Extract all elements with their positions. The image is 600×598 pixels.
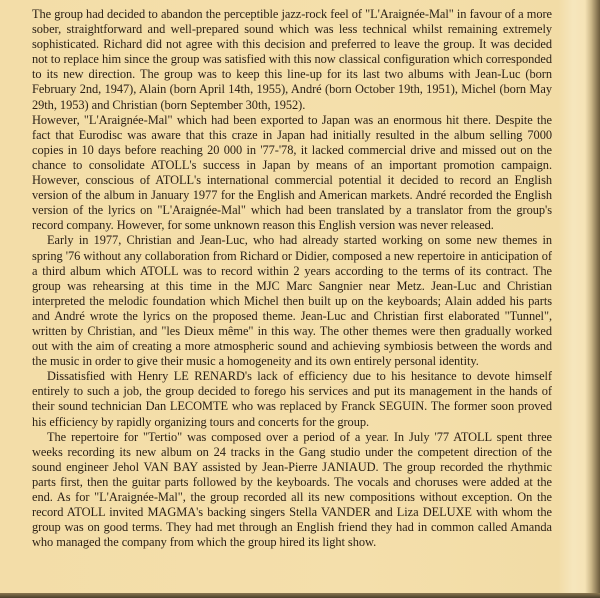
paragraph-new-repertoire: Early in 1977, Christian and Jean-Luc, w… (32, 233, 552, 369)
paragraph-lineup-change: The group had decided to abandon the per… (32, 7, 552, 113)
paragraph-tertio-recording: The repertoire for "Tertio" was composed… (32, 430, 552, 551)
paragraph-japan-success: However, "L'Araignée-Mal" which had been… (32, 113, 552, 234)
paragraph-management: Dissatisfied with Henry LE RENARD's lack… (32, 369, 552, 429)
booklet-page: The group had decided to abandon the per… (0, 0, 600, 598)
booklet-text-body: The group had decided to abandon the per… (32, 7, 552, 550)
